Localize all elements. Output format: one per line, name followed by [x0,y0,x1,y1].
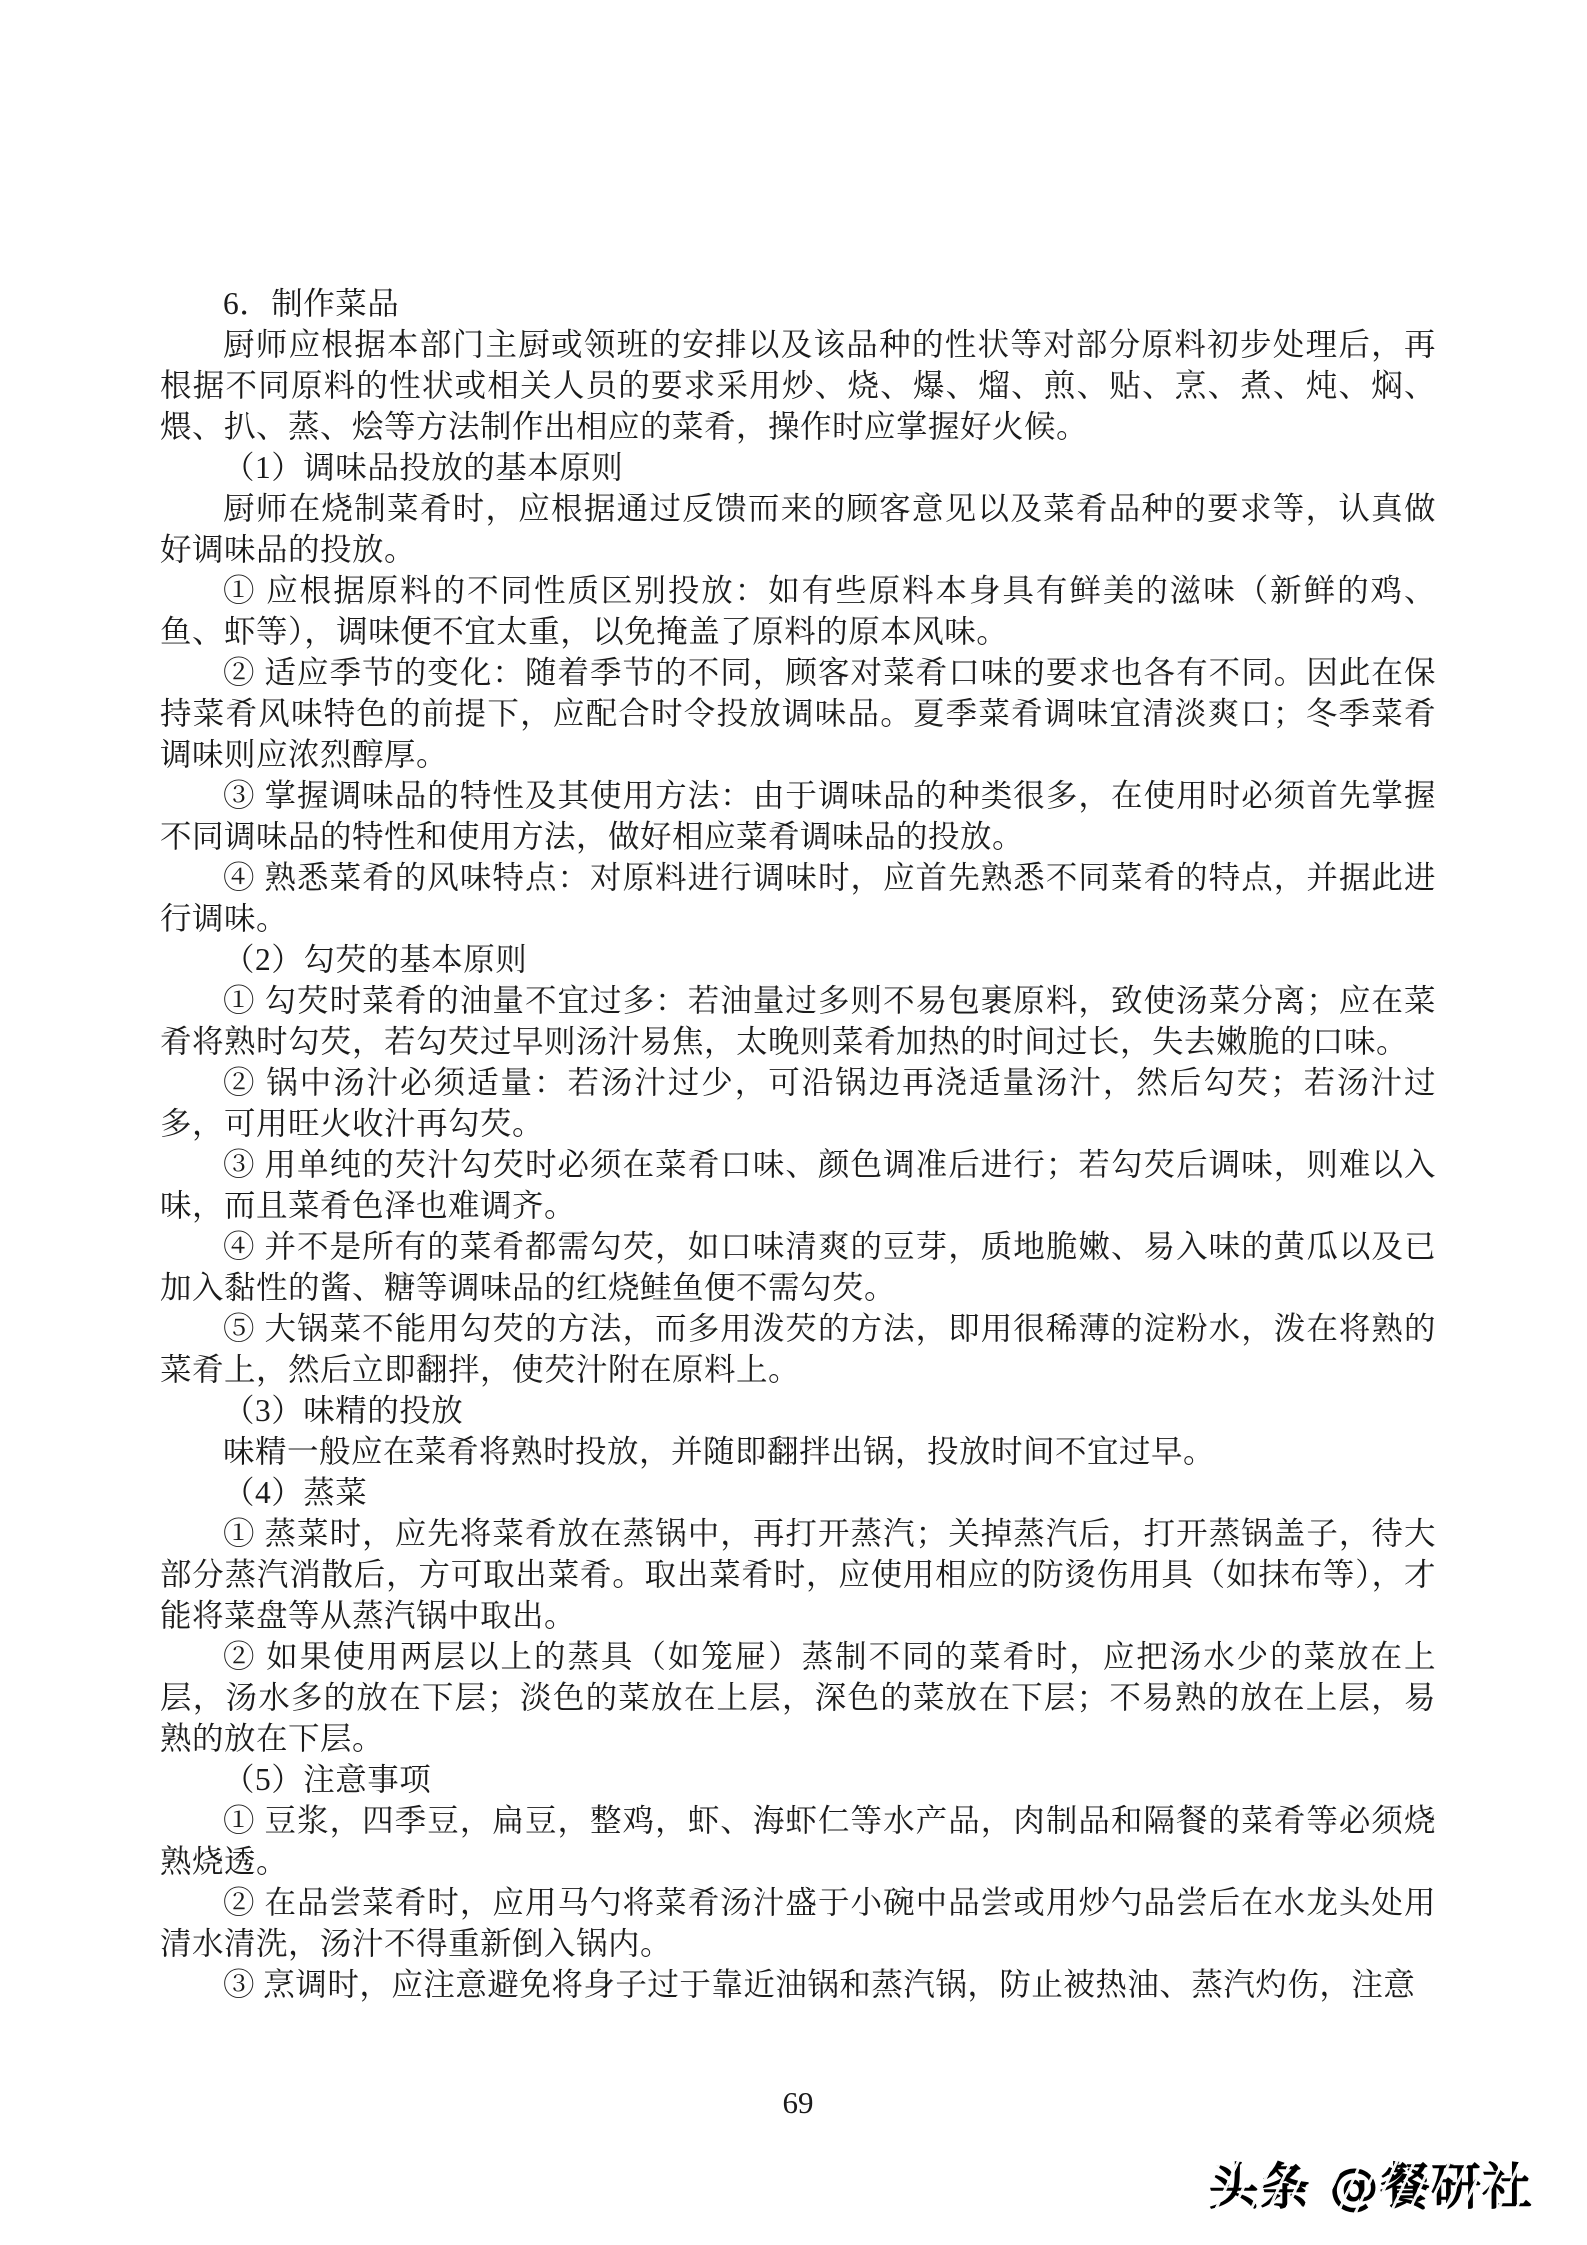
paragraph-3: 厨师在烧制菜肴时，应根据通过反馈而来的顾客意见以及菜肴品种的要求等，认真做好调味… [160,488,1436,570]
paragraph-22: ③ 烹调时，应注意避免将身子过于靠近油锅和蒸汽锅，防止被热油、蒸汽灼伤，注意 [160,1964,1436,2005]
paragraph-5: ② 适应季节的变化：随着季节的不同，顾客对菜肴口味的要求也各有不同。因此在保持菜… [160,652,1436,775]
paragraph-9: ① 勾芡时菜肴的油量不宜过多：若油量过多则不易包裹原料，致使汤菜分离；应在菜肴将… [160,980,1436,1062]
section-title: 6．制作菜品 [160,283,1436,324]
paragraph-16: （4）蒸菜 [160,1472,1436,1513]
watermark-toutiao-canyanshe: 头条 @餐研社 [1209,2158,1533,2216]
paragraph-6: ③ 掌握调味品的特性及其使用方法：由于调味品的种类很多，在使用时必须首先掌握不同… [160,775,1436,857]
paragraph-19: （5）注意事项 [160,1759,1436,1800]
paragraph-4: ① 应根据原料的不同性质区别投放：如有些原料本身具有鲜美的滋味（新鲜的鸡、鱼、虾… [160,570,1436,652]
document-page: 6．制作菜品 厨师应根据本部门主厨或领班的安排以及该品种的性状等对部分原料初步处… [0,0,1587,2245]
paragraph-8: （2）勾芡的基本原则 [160,939,1436,980]
paragraph-1: 厨师应根据本部门主厨或领班的安排以及该品种的性状等对部分原料初步处理后，再根据不… [160,324,1436,447]
paragraph-12: ④ 并不是所有的菜肴都需勾芡，如口味清爽的豆芽，质地脆嫩、易入味的黄瓜以及已加入… [160,1226,1436,1308]
paragraph-20: ① 豆浆，四季豆，扁豆，整鸡，虾、海虾仁等水产品，肉制品和隔餐的菜肴等必须烧熟烧… [160,1800,1436,1882]
document-body: 6．制作菜品 厨师应根据本部门主厨或领班的安排以及该品种的性状等对部分原料初步处… [160,283,1436,2005]
paragraph-2: （1）调味品投放的基本原则 [160,447,1436,488]
paragraph-13: ⑤ 大锅菜不能用勾芡的方法，而多用泼芡的方法，即用很稀薄的淀粉水，泼在将熟的菜肴… [160,1308,1436,1390]
paragraph-7: ④ 熟悉菜肴的风味特点：对原料进行调味时，应首先熟悉不同菜肴的特点，并据此进行调… [160,857,1436,939]
paragraph-11: ③ 用单纯的芡汁勾芡时必须在菜肴口味、颜色调准后进行；若勾芡后调味，则难以入味，… [160,1144,1436,1226]
paragraph-21: ② 在品尝菜肴时，应用马勺将菜肴汤汁盛于小碗中品尝或用炒勺品尝后在水龙头处用清水… [160,1882,1436,1964]
paragraph-14: （3）味精的投放 [160,1390,1436,1431]
paragraph-17: ① 蒸菜时，应先将菜肴放在蒸锅中，再打开蒸汽；关掉蒸汽后，打开蒸锅盖子，待大部分… [160,1513,1436,1636]
paragraph-18: ② 如果使用两层以上的蒸具（如笼屉）蒸制不同的菜肴时，应把汤水少的菜放在上层，汤… [160,1636,1436,1759]
paragraph-15: 味精一般应在菜肴将熟时投放，并随即翻拌出锅，投放时间不宜过早。 [160,1431,1436,1472]
paragraph-10: ② 锅中汤汁必须适量：若汤汁过少，可沿锅边再浇适量汤汁，然后勾芡；若汤汁过多，可… [160,1062,1436,1144]
paragraph-list: 厨师应根据本部门主厨或领班的安排以及该品种的性状等对部分原料初步处理后，再根据不… [160,324,1436,2005]
page-number: 69 [160,2085,1436,2121]
